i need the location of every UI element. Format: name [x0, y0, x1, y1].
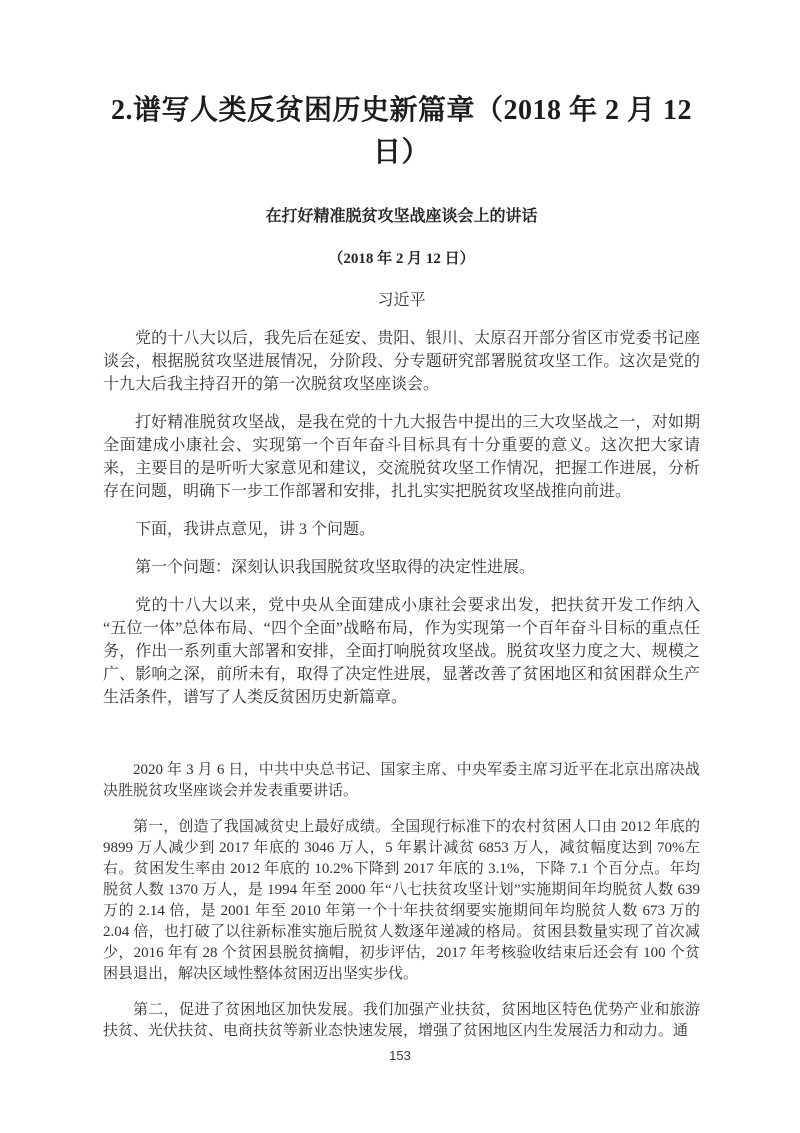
speech-date-line: （2018 年 2 月 12 日）	[103, 249, 700, 270]
speech-body: 党的十八大以后，我先后在延安、贵阳、银川、太原召开部分省区市党委书记座谈会，根据…	[103, 327, 700, 709]
document-title: 2.谱写人类反贫困历史新篇章（2018 年 2 月 12 日）	[103, 0, 700, 174]
page-content: 2.谱写人类反贫困历史新篇章（2018 年 2 月 12 日） 在打好精准脱贫攻…	[103, 0, 700, 1042]
note-paragraph-1: 2020 年 3 月 6 日，中共中央总书记、国家主席、中央军委主席习近平在北京…	[103, 760, 700, 802]
speech-paragraph-2: 打好精准脱贫攻坚战，是我在党的十九大报告中提出的三大攻坚战之一，对如期全面建成小…	[103, 411, 700, 503]
note-paragraph-2: 第一，创造了我国减贫史上最好成绩。全国现行标准下的农村贫困人口由 2012 年底…	[103, 817, 700, 985]
note-body: 2020 年 3 月 6 日，中共中央总书记、国家主席、中央军委主席习近平在北京…	[103, 760, 700, 1042]
note-paragraph-3: 第二，促进了贫困地区加快发展。我们加强产业扶贫，贫困地区特色优势产业和旅游扶贫、…	[103, 1000, 700, 1042]
speech-paragraph-1: 党的十八大以后，我先后在延安、贵阳、银川、太原召开部分省区市党委书记座谈会，根据…	[103, 327, 700, 396]
speech-subtitle: 在打好精准脱贫攻坚战座谈会上的讲话	[103, 206, 700, 228]
page-number: 153	[0, 1048, 800, 1063]
speech-paragraph-4: 第一个问题：深刻认识我国脱贫攻坚取得的决定性进展。	[103, 556, 700, 579]
speech-paragraph-5: 党的十八大以来，党中央从全面建成小康社会要求出发，把扶贫开发工作纳入“五位一体”…	[103, 594, 700, 709]
document-page: 2.谱写人类反贫困历史新篇章（2018 年 2 月 12 日） 在打好精准脱贫攻…	[0, 0, 800, 1133]
speech-author: 习近平	[103, 290, 700, 312]
speech-paragraph-3: 下面，我讲点意见，讲 3 个问题。	[103, 518, 700, 541]
